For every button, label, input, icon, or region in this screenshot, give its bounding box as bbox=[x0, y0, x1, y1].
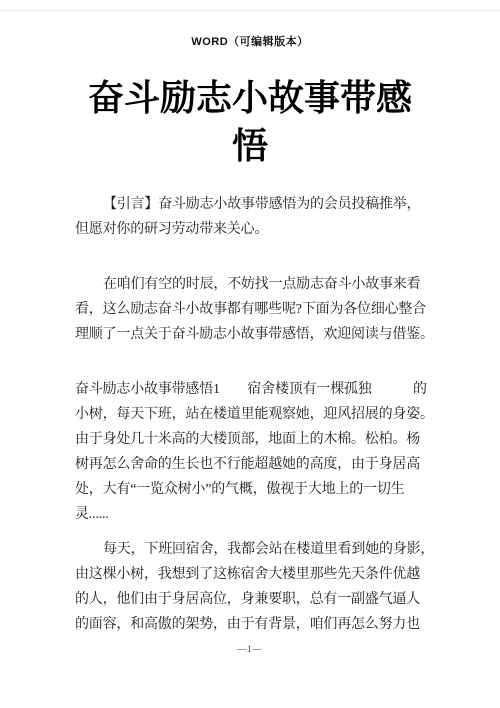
document-title-line-1: 奋斗励志小故事带感 bbox=[75, 74, 425, 122]
text-line: 奋斗励志小故事带感悟1 宿舍楼顶有一棵孤独 的 bbox=[75, 377, 425, 402]
text-line: 的面容，和高傲的架势，由于有背景，咱们再怎么努力也 bbox=[75, 612, 425, 637]
document-header-label: WORD（可编辑版本） bbox=[0, 33, 500, 49]
text-line: 但愿对你的研习劳动带来关心。 bbox=[75, 217, 425, 242]
page-top-divider bbox=[0, 10, 500, 11]
text-line: 看，这么励志奋斗小故事都有哪些呢?下面为各位细心整合 bbox=[75, 297, 425, 322]
text-line: 灵...... bbox=[75, 502, 425, 527]
text-line: 理顺了一点关于奋斗励志小故事带感悟，欢迎阅读与借鉴。 bbox=[75, 322, 425, 347]
paragraph-story-1-continued: 每天，下班回宿舍，我都会站在楼道里看到她的身影， 由这棵小树，我想到了这栋宿舍大… bbox=[75, 537, 425, 637]
text-line: 由这棵小树，我想到了这栋宿舍大楼里那些先天条件优越 bbox=[75, 562, 425, 587]
text-line: 在咱们有空的时辰，不妨找一点励志奋斗小故事来看 bbox=[75, 272, 425, 297]
document-title-line-2: 悟 bbox=[75, 122, 425, 170]
page-number: —1— bbox=[0, 644, 500, 654]
paragraph-intro: 【引言】奋斗励志小故事带感悟为的会员投稿推举， 但愿对你的研习劳动带来关心。 bbox=[75, 192, 425, 242]
text-line: 由于身处几十米高的大楼顶部，地面上的木棉。松柏。杨 bbox=[75, 427, 425, 452]
paragraph-preface: 在咱们有空的时辰，不妨找一点励志奋斗小故事来看 看，这么励志奋斗小故事都有哪些呢… bbox=[75, 272, 425, 347]
text-line: 小树，每天下班，站在楼道里能观察她，迎风招展的身姿。 bbox=[75, 402, 425, 427]
text-line: 处，大有“一览众树小”的气概，傲视于大地上的一切生 bbox=[75, 477, 425, 502]
text-line: 每天，下班回宿舍，我都会站在楼道里看到她的身影， bbox=[75, 537, 425, 562]
text-line: 的人，他们由于身居高位，身兼要职，总有一副盛气逼人 bbox=[75, 587, 425, 612]
text-line: 树再怎么舍命的生长也不行能超越她的高度，由于身居高 bbox=[75, 452, 425, 477]
document-page: WORD（可编辑版本） 奋斗励志小故事带感 悟 【引言】奋斗励志小故事带感悟为的… bbox=[0, 0, 500, 708]
paragraph-story-1: 奋斗励志小故事带感悟1 宿舍楼顶有一棵孤独 的 小树，每天下班，站在楼道里能观察… bbox=[75, 377, 425, 527]
document-title: 奋斗励志小故事带感 悟 bbox=[75, 74, 425, 170]
text-line: 【引言】奋斗励志小故事带感悟为的会员投稿推举， bbox=[75, 192, 425, 217]
